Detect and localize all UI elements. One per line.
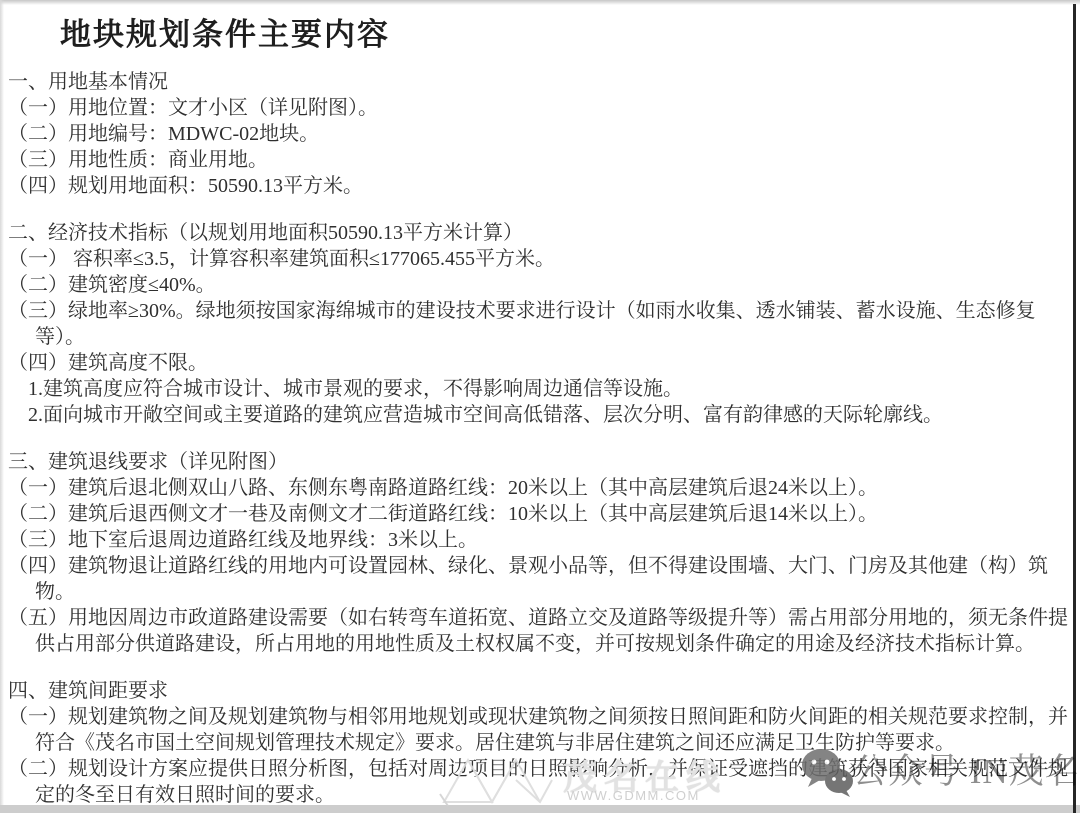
doc-line: 2.面向城市开敞空间或主要道路的建筑应营造城市空间高低错落、层次分明、富有韵律感… [0,402,1070,428]
doc-line: 三、建筑退线要求（详见附图） [0,449,1070,475]
doc-line: （二）建筑密度≤40%。 [0,272,1070,298]
forum-logo-icon [438,750,560,808]
scanned-document-page: 地块规划条件主要内容 一、用地基本情况（一）用地位置：文才小区（详见附图）。（二… [0,0,1080,813]
doc-line: 四、建筑间距要求 [0,678,1070,704]
doc-line: （三）用地性质：商业用地。 [0,147,1070,173]
doc-line: 一、用地基本情况 [0,69,1070,95]
doc-line: （四）规划用地面积：50590.13平方米。 [0,173,1070,199]
doc-line: 二、经济技术指标（以规划用地面积50590.13平方米计算） [0,220,1070,246]
doc-line: （二）用地编号：MDWC-02地块。 [0,121,1070,147]
doc-line: （四）建筑物退让道路红线的用地内可设置园林、绿化、景观小品等，但不得建设围墙、大… [0,553,1070,579]
doc-line: （一） 容积率≤3.5，计算容积率建筑面积≤177065.455平方米。 [0,246,1070,272]
doc-line: （一）建筑后退北侧双山八路、东侧东粤南路道路红线：20米以上（其中高层建筑后退2… [0,475,1070,501]
forum-watermark-url: WWW.GDMM.COM [567,788,700,803]
document-title: 地块规划条件主要内容 [60,9,1070,54]
page-right-border-line [1073,4,1076,813]
doc-line: （一）用地位置：文才小区（详见附图）。 [0,95,1070,121]
doc-line: （三）绿地率≥30%。绿地须按国家海绵城市的建设技术要求进行设计（如雨水收集、透… [0,298,1070,324]
doc-line: （三）地下室后退周边道路红线及地界线：3米以上。 [0,527,1070,553]
document-body: 地块规划条件主要内容 一、用地基本情况（一）用地位置：文才小区（详见附图）。（二… [0,0,1070,808]
doc-line: 等）。 [0,324,1070,350]
doc-line: 供占用部分供道路建设，所占用地的用地性质及土权权属不变，并可按规划条件确定的用途… [0,631,1070,657]
doc-line: 1.建筑高度应符合城市设计、城市景观的要求，不得影响周边通信等设施。 [0,376,1070,402]
doc-line: （四）建筑高度不限。 [0,350,1070,376]
doc-line: 物。 [0,579,1070,605]
doc-line: （一）规划建筑物之间及规划建筑物与相邻用地规划或现状建筑物之间须按日照间距和防火… [0,704,1070,730]
wechat-watermark-label: 公众号 IN茂名 [852,744,1080,794]
doc-line: （二）建筑后退西侧文才一巷及南侧文才二街道路红线：10米以上（其中高层建筑后退1… [0,501,1070,527]
wechat-icon [800,746,854,798]
doc-line: （五）用地因周边市政道路建设需要（如右转弯车道拓宽、道路立交及道路等级提升等）需… [0,605,1070,631]
